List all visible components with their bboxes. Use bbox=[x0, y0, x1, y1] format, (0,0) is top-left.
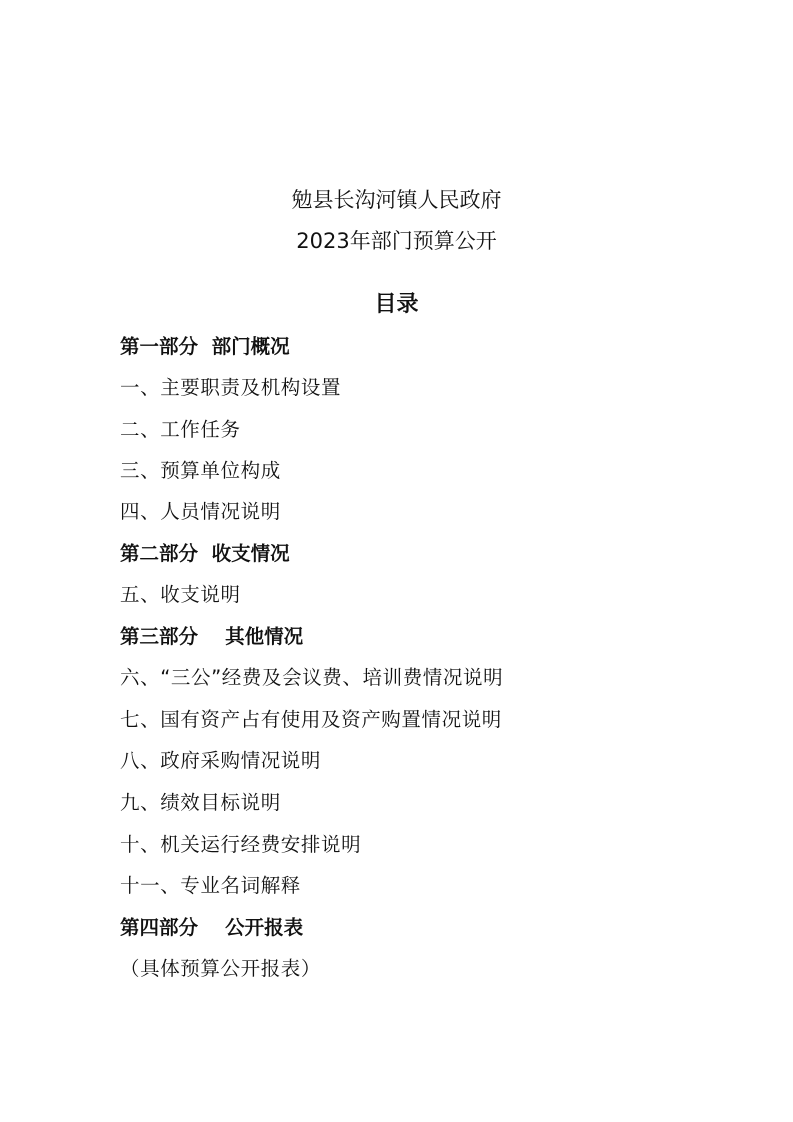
toc-part-1: 第一部分 部门概况 bbox=[120, 334, 290, 360]
toc-item-2: 二、工作任务 bbox=[120, 417, 241, 443]
toc-item-7: 七、国有资产占有使用及资产购置情况说明 bbox=[120, 707, 502, 733]
toc-item-6: 六、“三公”经费及会议费、培训费情况说明 bbox=[120, 665, 503, 691]
toc-item-reports: （具体预算公开报表） bbox=[120, 956, 321, 982]
toc-part-2: 第二部分 收支情况 bbox=[120, 541, 290, 567]
toc-item-10: 十、机关运行经费安排说明 bbox=[120, 832, 361, 858]
document-title-line2: 2023年部门预算公开 bbox=[0, 227, 793, 255]
toc-heading: 目录 bbox=[0, 291, 793, 319]
toc-item-4: 四、人员情况说明 bbox=[120, 499, 281, 525]
toc-item-5: 五、收支说明 bbox=[120, 582, 241, 608]
toc-item-11: 十一、专业名词解释 bbox=[120, 873, 301, 899]
toc-item-3: 三、预算单位构成 bbox=[120, 458, 281, 484]
document-title-line1: 勉县长沟河镇人民政府 bbox=[0, 186, 793, 214]
toc-item-9: 九、绩效目标说明 bbox=[120, 790, 281, 816]
toc-item-8: 八、政府采购情况说明 bbox=[120, 748, 321, 774]
toc-part-3: 第三部分 其他情况 bbox=[120, 624, 303, 650]
toc-part-4: 第四部分 公开报表 bbox=[120, 915, 303, 941]
toc-item-1: 一、主要职责及机构设置 bbox=[120, 375, 341, 401]
